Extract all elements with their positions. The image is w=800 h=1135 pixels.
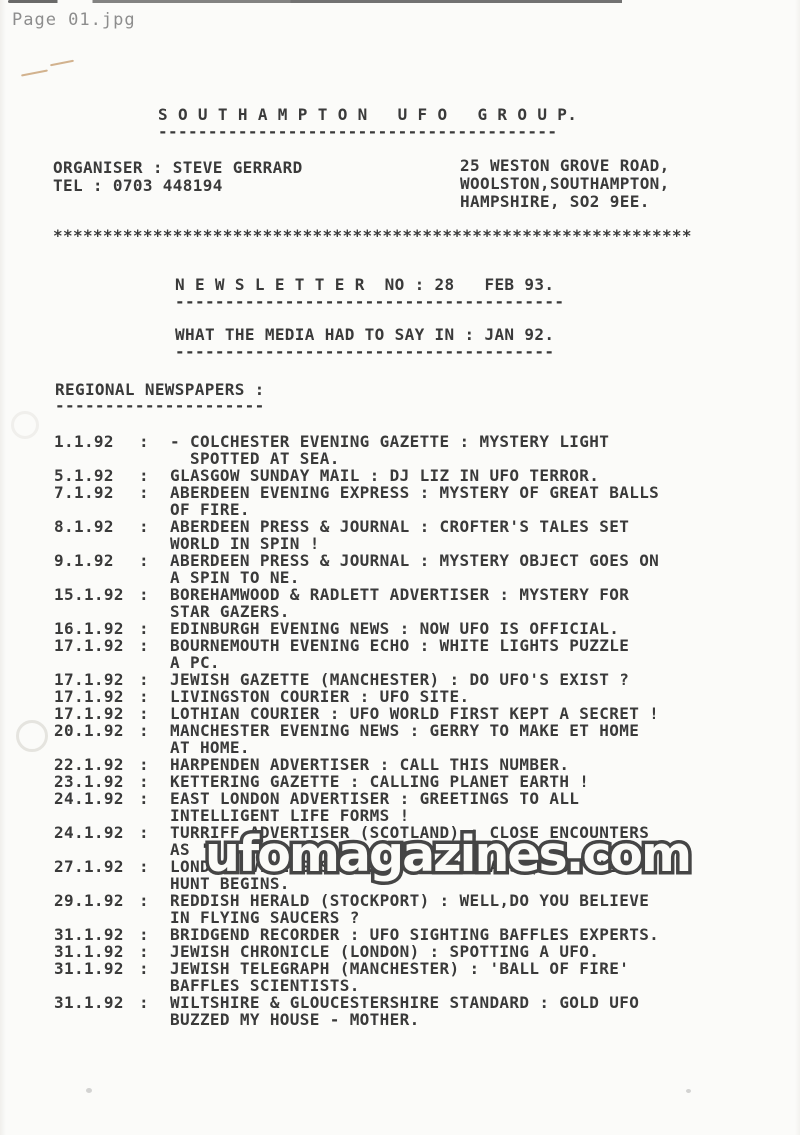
entry-date: 7.1.92 [54, 484, 139, 518]
entry-text: LOTHIAN COURIER : UFO WORLD FIRST KEPT A… [170, 705, 754, 722]
entry-date: 16.1.92 [54, 620, 139, 637]
entry-colon: : [139, 671, 170, 688]
group-title: S O U T H A M P T O N U F O G R O U P. [158, 106, 577, 123]
entry-colon: : [139, 722, 170, 756]
scanned-newsletter-page: Page 01.jpg S O U T H A M P T O N U F O … [0, 0, 800, 1135]
entry-text: BRIDGEND RECORDER : UFO SIGHTING BAFFLES… [170, 926, 754, 943]
entry-date: 17.1.92 [54, 637, 139, 671]
page-filename-label: Page 01.jpg [12, 10, 136, 30]
entries-list: 1.1.92 : - COLCHESTER EVENING GAZETTE : … [54, 433, 754, 1028]
entry-colon: : [139, 637, 170, 671]
entry-colon: : [139, 705, 170, 722]
newspaper-entry: 31.1.92 : JEWISH CHRONICLE (LONDON) : SP… [54, 943, 754, 960]
entry-colon: : [139, 960, 170, 994]
entry-text: JEWISH GAZETTE (MANCHESTER) : DO UFO'S E… [170, 671, 754, 688]
entry-colon: : [139, 467, 170, 484]
entry-text: BOREHAMWOOD & RADLETT ADVERTISER : MYSTE… [170, 586, 754, 620]
punch-hole-mark [16, 720, 48, 752]
entry-colon: : [139, 484, 170, 518]
entry-date: 9.1.92 [54, 552, 139, 586]
entry-date: 24.1.92 [54, 790, 139, 824]
group-title-underline: ---------------------------------------- [158, 123, 557, 140]
scan-smudge [686, 1089, 691, 1093]
newspaper-entry: 7.1.92 : ABERDEEN EVENING EXPRESS : MYST… [54, 484, 754, 518]
entry-text: JEWISH TELEGRAPH (MANCHESTER) : 'BALL OF… [170, 960, 754, 994]
newsletter-title: N E W S L E T T E R NO : 28 FEB 93. [175, 276, 554, 293]
entry-text: REDDISH HERALD (STOCKPORT) : WELL,DO YOU… [170, 892, 754, 926]
entry-date: 1.1.92 [54, 433, 139, 467]
entry-colon: : [139, 756, 170, 773]
newspaper-entry: 31.1.92 : JEWISH TELEGRAPH (MANCHESTER) … [54, 960, 754, 994]
entry-colon: : [139, 586, 170, 620]
entry-colon: : [139, 620, 170, 637]
pen-mark-artifact [21, 69, 48, 76]
entry-text: EDINBURGH EVENING NEWS : NOW UFO IS OFFI… [170, 620, 754, 637]
newspaper-entry: 31.1.92 : WILTSHIRE & GLOUCESTERSHIRE ST… [54, 994, 754, 1028]
entry-text: LIVINGSTON COURIER : UFO SITE. [170, 688, 754, 705]
entry-date: 31.1.92 [54, 926, 139, 943]
ufomagazines-watermark: ufomagazines.com [205, 826, 690, 883]
newsletter-subtitle-underline: -------------------------------------- [175, 343, 554, 360]
newspaper-entry: 17.1.92 : BOURNEMOUTH EVENING ECHO : WHI… [54, 637, 754, 671]
entry-text: MANCHESTER EVENING NEWS : GERRY TO MAKE … [170, 722, 754, 756]
entry-colon: : [139, 518, 170, 552]
newspaper-entry: 17.1.92 : JEWISH GAZETTE (MANCHESTER) : … [54, 671, 754, 688]
telephone-line: TEL : 0703 448194 [53, 177, 223, 194]
entry-text: EAST LONDON ADVERTISER : GREETINGS TO AL… [170, 790, 754, 824]
entry-date: 5.1.92 [54, 467, 139, 484]
newspaper-entry: 24.1.92 : EAST LONDON ADVERTISER : GREET… [54, 790, 754, 824]
entry-date: 20.1.92 [54, 722, 139, 756]
scan-smudge [86, 1088, 92, 1093]
entry-colon: : [139, 994, 170, 1028]
address-line-2: WOOLSTON,SOUTHAMPTON, [460, 175, 670, 192]
newspaper-entry: 1.1.92 : - COLCHESTER EVENING GAZETTE : … [54, 433, 754, 467]
organiser-line: ORGANISER : STEVE GERRARD [53, 159, 303, 176]
newspaper-entry: 8.1.92 : ABERDEEN PRESS & JOURNAL : CROF… [54, 518, 754, 552]
newsletter-subtitle: WHAT THE MEDIA HAD TO SAY IN : JAN 92. [175, 326, 554, 343]
entry-text: BOURNEMOUTH EVENING ECHO : WHITE LIGHTS … [170, 637, 754, 671]
entry-text: HARPENDEN ADVERTISER : CALL THIS NUMBER. [170, 756, 754, 773]
newspaper-entry: 5.1.92 : GLASGOW SUNDAY MAIL : DJ LIZ IN… [54, 467, 754, 484]
entry-date: 31.1.92 [54, 994, 139, 1028]
newspaper-entry: 17.1.92 : LIVINGSTON COURIER : UFO SITE. [54, 688, 754, 705]
entry-text: KETTERING GAZETTE : CALLING PLANET EARTH… [170, 773, 754, 790]
entry-text: ABERDEEN EVENING EXPRESS : MYSTERY OF GR… [170, 484, 754, 518]
entry-date: 17.1.92 [54, 705, 139, 722]
entry-text: WILTSHIRE & GLOUCESTERSHIRE STANDARD : G… [170, 994, 754, 1028]
entry-date: 8.1.92 [54, 518, 139, 552]
entry-colon: : [139, 790, 170, 824]
entry-text: JEWISH CHRONICLE (LONDON) : SPOTTING A U… [170, 943, 754, 960]
newspaper-entry: 15.1.92 : BOREHAMWOOD & RADLETT ADVERTIS… [54, 586, 754, 620]
entry-date: 27.1.92 [54, 858, 139, 892]
newsletter-title-underline: --------------------------------------- [175, 293, 564, 310]
punch-hole-mark [11, 411, 39, 439]
newspaper-entry: 16.1.92 : EDINBURGH EVENING NEWS : NOW U… [54, 620, 754, 637]
newspaper-entry: 20.1.92 : MANCHESTER EVENING NEWS : GERR… [54, 722, 754, 756]
star-divider: ****************************************… [53, 227, 692, 244]
address-line-3: HAMPSHIRE, SO2 9EE. [460, 193, 650, 210]
entry-date: 24.1.92 [54, 824, 139, 858]
newspaper-entry: 22.1.92 : HARPENDEN ADVERTISER : CALL TH… [54, 756, 754, 773]
newspaper-entry: 9.1.92 : ABERDEEN PRESS & JOURNAL : MYST… [54, 552, 754, 586]
entry-date: 29.1.92 [54, 892, 139, 926]
entry-colon: : [139, 926, 170, 943]
entry-date: 23.1.92 [54, 773, 139, 790]
entry-colon: : [139, 688, 170, 705]
newspaper-entry: 31.1.92 : BRIDGEND RECORDER : UFO SIGHTI… [54, 926, 754, 943]
entry-colon: : [139, 943, 170, 960]
entry-colon: : [139, 552, 170, 586]
entry-text: GLASGOW SUNDAY MAIL : DJ LIZ IN UFO TERR… [170, 467, 754, 484]
entry-text: ABERDEEN PRESS & JOURNAL : CROFTER'S TAL… [170, 518, 754, 552]
entry-date: 22.1.92 [54, 756, 139, 773]
entry-date: 31.1.92 [54, 943, 139, 960]
newspaper-entry: 17.1.92 : LOTHIAN COURIER : UFO WORLD FI… [54, 705, 754, 722]
newspaper-entry: 23.1.92 : KETTERING GAZETTE : CALLING PL… [54, 773, 754, 790]
entry-date: 15.1.92 [54, 586, 139, 620]
scan-top-edge-artifact [8, 0, 714, 3]
pen-mark-artifact [50, 60, 74, 67]
entry-colon: : [139, 892, 170, 926]
entry-date: 31.1.92 [54, 960, 139, 994]
entry-text: ABERDEEN PRESS & JOURNAL : MYSTERY OBJEC… [170, 552, 754, 586]
entry-colon: : [139, 858, 170, 892]
entry-date: 17.1.92 [54, 688, 139, 705]
newspaper-entry: 29.1.92 : REDDISH HERALD (STOCKPORT) : W… [54, 892, 754, 926]
entry-text: - COLCHESTER EVENING GAZETTE : MYSTERY L… [170, 433, 754, 467]
section-heading-underline: --------------------- [55, 397, 265, 414]
entry-colon: : [139, 824, 170, 858]
address-line-1: 25 WESTON GROVE ROAD, [460, 157, 670, 174]
entry-colon: : [139, 433, 170, 467]
entry-colon: : [139, 773, 170, 790]
entry-date: 17.1.92 [54, 671, 139, 688]
